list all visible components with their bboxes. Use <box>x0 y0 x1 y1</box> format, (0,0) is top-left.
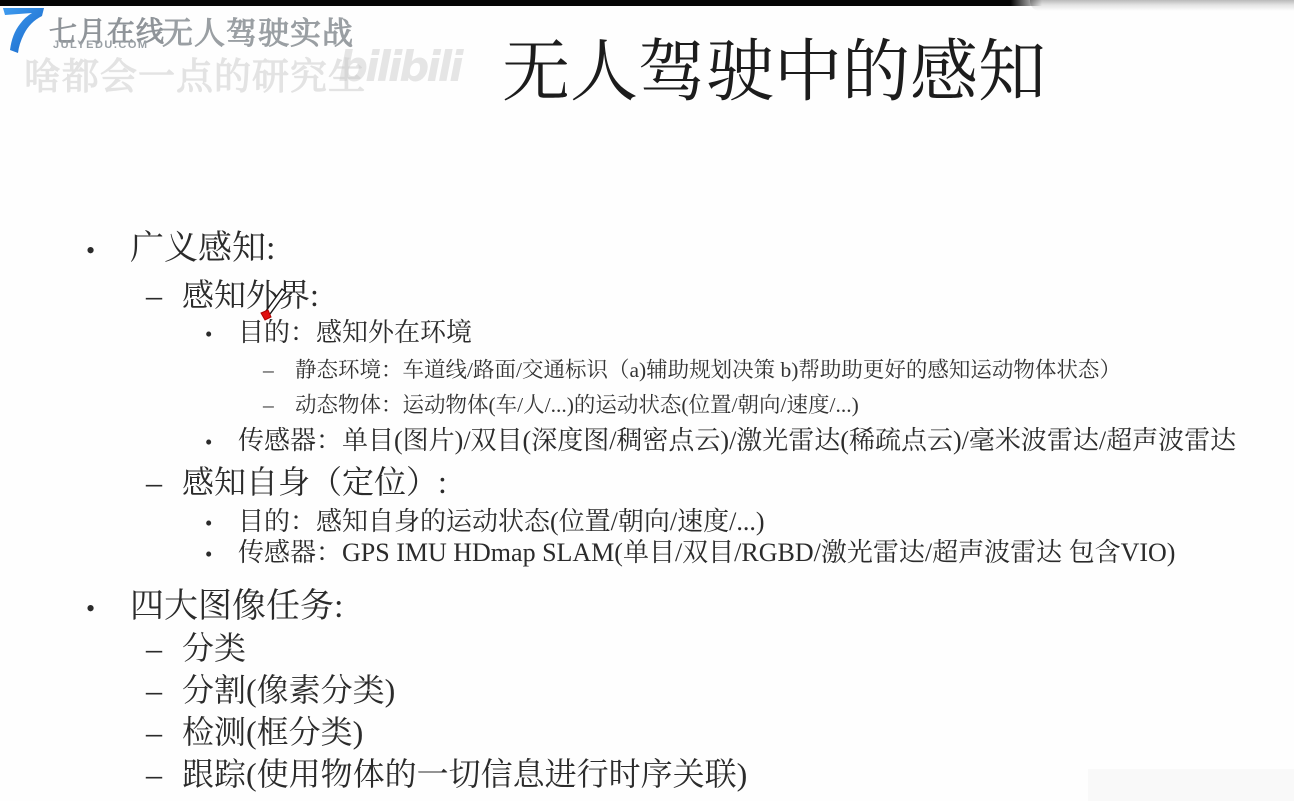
bullet-line-chuanganqi-2: • 传感器：GPS IMU HDmap SLAM(单目/双目/RGBD/激光雷达… <box>205 532 1175 569</box>
bullet-text: 分类 <box>182 623 246 669</box>
bullet-line-ganzhi-waijie: – 感知外界: <box>146 270 319 316</box>
bilibili-watermark: bilibili <box>338 42 461 91</box>
bullet-line-jiance: – 检测(框分类) <box>146 707 363 753</box>
bullet-text: 传感器：GPS IMU HDmap SLAM(单目/双目/RGBD/激光雷达/超… <box>238 532 1175 569</box>
bullet-line-fenlei: – 分类 <box>146 623 246 669</box>
bullet-text: 静态环境：车道线/路面/交通标识（a)辅助规划决策 b)帮助助更好的感知运动物体… <box>295 353 1121 384</box>
bullet-marker: • <box>205 542 238 567</box>
uploader-watermark: 啥都会一点的研究生 <box>24 46 366 100</box>
bullet-marker: – <box>146 756 182 793</box>
bullet-marker: • <box>86 594 130 624</box>
bullet-marker: – <box>263 358 295 383</box>
bullet-line-guangyi: • 广义感知: <box>86 220 275 269</box>
bullet-line-jingtai: – 静态环境：车道线/路面/交通标识（a)辅助规划决策 b)帮助助更好的感知运动… <box>263 353 1121 384</box>
bullet-line-mudi-waizai: • 目的：感知外在环境 <box>205 312 472 349</box>
bullet-marker: – <box>146 464 182 501</box>
slide-title: 无人驾驶中的感知 <box>500 18 1048 115</box>
bullet-line-ganzhi-zishen: – 感知自身（定位）: <box>146 457 447 503</box>
bullet-text: 感知外界: <box>182 270 319 316</box>
bullet-line-chuanganqi-1: • 传感器：单目(图片)/双目(深度图/稠密点云)/激光雷达(稀疏点云)/毫米波… <box>205 420 1236 457</box>
bullet-marker: • <box>86 236 130 266</box>
bullet-line-sida-renwu: • 四大图像任务: <box>86 578 343 627</box>
bullet-line-genzong: – 跟踪(使用物体的一切信息进行时序关联) <box>146 749 747 795</box>
bullet-marker: – <box>146 630 182 667</box>
bullet-line-dongtai: – 动态物体：运动物体(车/人/...)的运动状态(位置/朝向/速度/...) <box>263 388 859 419</box>
bullet-text: 动态物体：运动物体(车/人/...)的运动状态(位置/朝向/速度/...) <box>295 388 859 419</box>
bullet-text: 传感器：单目(图片)/双目(深度图/稠密点云)/激光雷达(稀疏点云)/毫米波雷达… <box>238 420 1236 457</box>
bullet-text: 四大图像任务: <box>130 578 343 627</box>
bullet-text: 检测(框分类) <box>182 707 363 753</box>
bullet-text: 感知自身（定位）: <box>182 457 447 503</box>
pointer-arrow-cursor-icon <box>256 286 290 328</box>
letterbox-top-bar <box>0 0 1042 6</box>
bullet-text: 分割(像素分类) <box>182 665 395 711</box>
bullet-marker: • <box>205 430 238 455</box>
bullet-marker: – <box>146 277 182 314</box>
bullet-text: 跟踪(使用物体的一切信息进行时序关联) <box>182 749 747 795</box>
bullet-marker: – <box>263 393 295 418</box>
top-right-rounded-panel <box>1030 0 1294 11</box>
bullet-line-fenge: – 分割(像素分类) <box>146 665 395 711</box>
bullet-marker: • <box>205 322 238 347</box>
bullet-text: 广义感知: <box>130 220 275 269</box>
bullet-marker: – <box>146 714 182 751</box>
bottom-right-patch <box>1088 769 1294 801</box>
bullet-marker: – <box>146 672 182 709</box>
